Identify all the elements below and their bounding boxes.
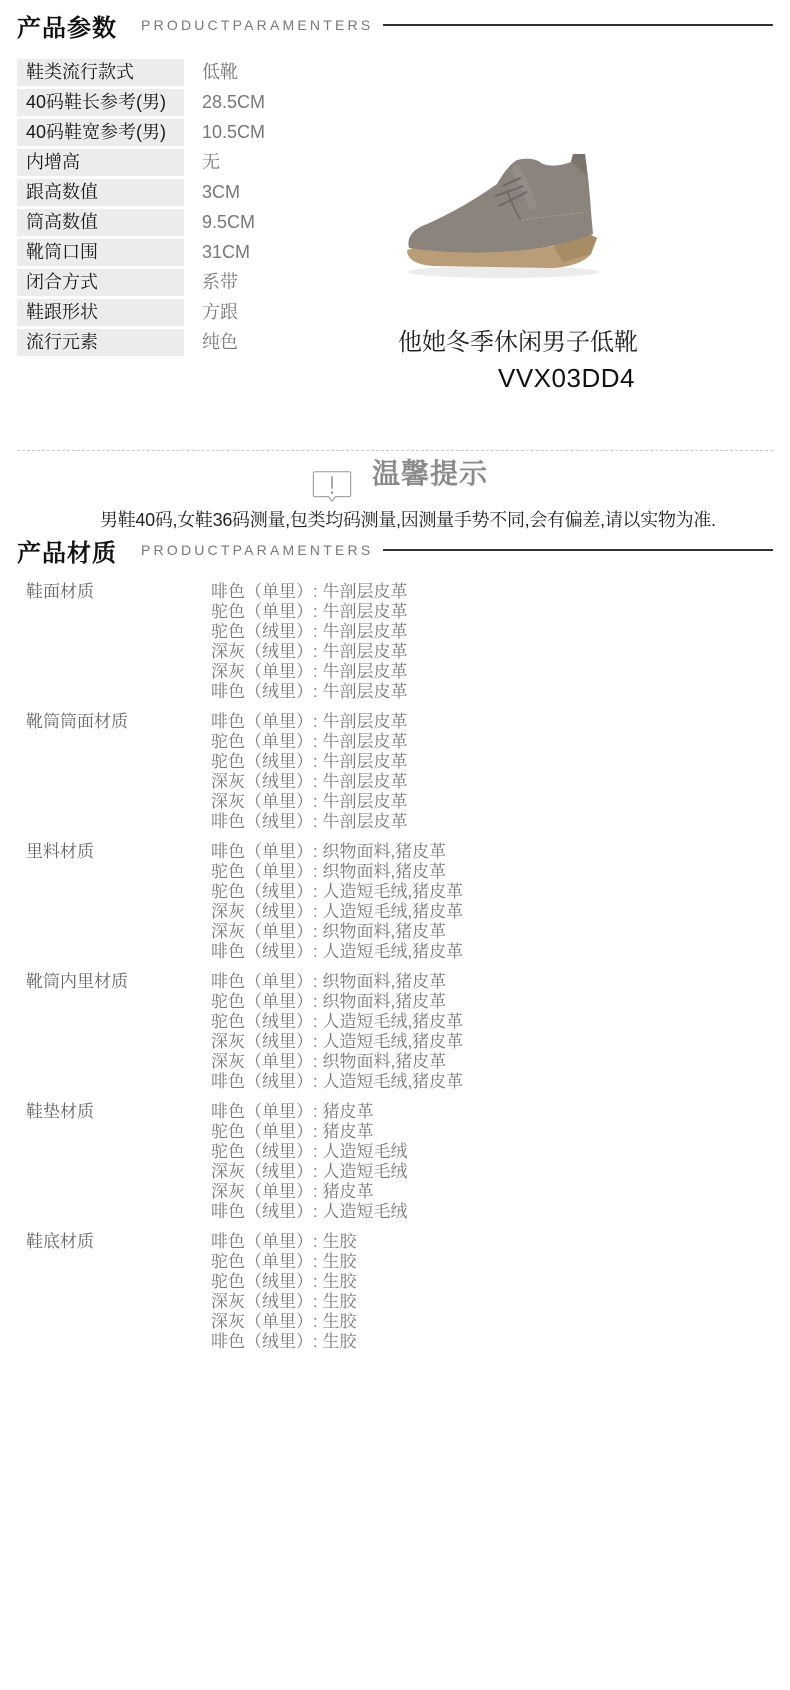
- param-row: 靴筒口围 31CM: [17, 239, 347, 266]
- dashed-divider: [17, 450, 773, 451]
- material-group: 里料材质 啡色（单里）: 织物面料,猪皮革 驼色（单里）: 织物面料,猪皮革 驼…: [0, 842, 790, 962]
- material-line: 驼色（单里）: 猪皮革: [211, 1122, 407, 1142]
- param-row: 流行元素 纯色: [17, 329, 347, 356]
- param-row: 内增高 无: [17, 149, 347, 176]
- material-line: 啡色（绒里）: 人造短毛绒,猪皮革: [211, 942, 463, 962]
- params-table: 鞋类流行款式 低靴 40码鞋长参考(男) 28.5CM 40码鞋宽参考(男) 1…: [17, 59, 347, 359]
- section-title: 产品材质: [17, 533, 117, 568]
- product-code: VVX03DD4: [498, 363, 635, 394]
- material-group: 鞋面材质 啡色（单里）: 牛剖层皮革 驼色（单里）: 牛剖层皮革 驼色（绒里）:…: [0, 582, 790, 702]
- material-line: 深灰（绒里）: 人造短毛绒,猪皮革: [211, 1032, 463, 1052]
- param-label: 靴筒口围: [17, 239, 184, 266]
- material-line: 驼色（绒里）: 人造短毛绒: [211, 1142, 407, 1162]
- param-label: 筒高数值: [17, 209, 184, 236]
- material-line: 深灰（单里）: 猪皮革: [211, 1182, 407, 1202]
- material-line: 深灰（绒里）: 人造短毛绒,猪皮革: [211, 902, 463, 922]
- param-row: 筒高数值 9.5CM: [17, 209, 347, 236]
- material-line: 驼色（单里）: 牛剖层皮革: [211, 602, 407, 622]
- section-subtitle: PRODUCTPARAMENTERS: [141, 17, 373, 33]
- param-value: 9.5CM: [202, 209, 255, 236]
- materials-list: 鞋面材质 啡色（单里）: 牛剖层皮革 驼色（单里）: 牛剖层皮革 驼色（绒里）:…: [0, 582, 790, 1362]
- param-value: 28.5CM: [202, 89, 265, 116]
- param-row: 40码鞋长参考(男) 28.5CM: [17, 89, 347, 116]
- product-name: 他她冬季休闲男子低靴: [398, 322, 638, 357]
- param-row: 鞋类流行款式 低靴: [17, 59, 347, 86]
- material-line: 驼色（单里）: 织物面料,猪皮革: [211, 862, 463, 882]
- material-line: 深灰（单里）: 牛剖层皮革: [211, 792, 407, 812]
- material-line: 啡色（单里）: 织物面料,猪皮革: [211, 972, 463, 992]
- section-divider: [383, 24, 773, 26]
- exclamation-speech-bubble-icon: [310, 470, 354, 502]
- material-label: 鞋垫材质: [0, 1102, 211, 1222]
- param-value: 方跟: [202, 299, 238, 326]
- material-line: 啡色（单里）: 牛剖层皮革: [211, 582, 407, 602]
- param-label: 跟高数值: [17, 179, 184, 206]
- material-line: 深灰（绒里）: 生胶: [211, 1292, 356, 1312]
- material-group: 靴筒筒面材质 啡色（单里）: 牛剖层皮革 驼色（单里）: 牛剖层皮革 驼色（绒里…: [0, 712, 790, 832]
- param-label: 鞋类流行款式: [17, 59, 184, 86]
- material-line: 啡色（绒里）: 牛剖层皮革: [211, 812, 407, 832]
- material-line: 深灰（单里）: 牛剖层皮革: [211, 662, 407, 682]
- param-value: 低靴: [202, 59, 238, 86]
- material-group: 鞋垫材质 啡色（单里）: 猪皮革 驼色（单里）: 猪皮革 驼色（绒里）: 人造短…: [0, 1102, 790, 1222]
- param-label: 40码鞋长参考(男): [17, 89, 184, 116]
- param-label: 40码鞋宽参考(男): [17, 119, 184, 146]
- param-row: 鞋跟形状 方跟: [17, 299, 347, 326]
- material-line: 深灰（单里）: 织物面料,猪皮革: [211, 1052, 463, 1072]
- material-line: 啡色（单里）: 生胶: [211, 1232, 356, 1252]
- material-group: 靴筒内里材质 啡色（单里）: 织物面料,猪皮革 驼色（单里）: 织物面料,猪皮革…: [0, 972, 790, 1092]
- material-line: 驼色（单里）: 织物面料,猪皮革: [211, 992, 463, 1012]
- material-label: 鞋面材质: [0, 582, 211, 702]
- material-label: 靴筒筒面材质: [0, 712, 211, 832]
- material-line: 啡色（单里）: 牛剖层皮革: [211, 712, 407, 732]
- material-group: 鞋底材质 啡色（单里）: 生胶 驼色（单里）: 生胶 驼色（绒里）: 生胶 深灰…: [0, 1232, 790, 1352]
- section-header-materials: 产品材质 PRODUCTPARAMENTERS: [17, 533, 773, 567]
- param-row: 40码鞋宽参考(男) 10.5CM: [17, 119, 347, 146]
- tip-title: 温馨提示: [372, 452, 488, 492]
- param-row: 闭合方式 系带: [17, 269, 347, 296]
- material-line: 深灰（绒里）: 牛剖层皮革: [211, 772, 407, 792]
- material-line: 啡色（绒里）: 人造短毛绒: [211, 1202, 407, 1222]
- param-label: 闭合方式: [17, 269, 184, 296]
- material-line: 啡色（单里）: 猪皮革: [211, 1102, 407, 1122]
- material-line: 啡色（绒里）: 人造短毛绒,猪皮革: [211, 1072, 463, 1092]
- material-line: 深灰（单里）: 生胶: [211, 1312, 356, 1332]
- param-value: 系带: [202, 269, 238, 296]
- material-line: 驼色（绒里）: 人造短毛绒,猪皮革: [211, 882, 463, 902]
- section-subtitle: PRODUCTPARAMENTERS: [141, 542, 373, 558]
- material-line: 深灰（绒里）: 人造短毛绒: [211, 1162, 407, 1182]
- material-line: 深灰（单里）: 织物面料,猪皮革: [211, 922, 463, 942]
- material-label: 靴筒内里材质: [0, 972, 211, 1092]
- param-value: 无: [202, 149, 220, 176]
- section-header-params: 产品参数 PRODUCTPARAMENTERS: [17, 8, 773, 42]
- material-line: 驼色（绒里）: 牛剖层皮革: [211, 752, 407, 772]
- section-divider: [383, 549, 773, 551]
- section-title: 产品参数: [17, 8, 117, 43]
- material-line: 啡色（绒里）: 牛剖层皮革: [211, 682, 407, 702]
- material-line: 驼色（绒里）: 生胶: [211, 1272, 356, 1292]
- material-line: 啡色（单里）: 织物面料,猪皮革: [211, 842, 463, 862]
- product-image: [403, 150, 613, 290]
- param-value: 31CM: [202, 239, 250, 266]
- param-value: 3CM: [202, 179, 240, 206]
- material-label: 鞋底材质: [0, 1232, 211, 1352]
- param-value: 10.5CM: [202, 119, 265, 146]
- param-label: 流行元素: [17, 329, 184, 356]
- tip-text: 男鞋40码,女鞋36码测量,包类均码测量,因测量手势不同,会有偏差,请以实物为准…: [100, 506, 716, 532]
- material-line: 深灰（绒里）: 牛剖层皮革: [211, 642, 407, 662]
- material-line: 驼色（单里）: 生胶: [211, 1252, 356, 1272]
- material-line: 驼色（绒里）: 人造短毛绒,猪皮革: [211, 1012, 463, 1032]
- param-value: 纯色: [202, 329, 238, 356]
- material-line: 驼色（绒里）: 牛剖层皮革: [211, 622, 407, 642]
- param-label: 内增高: [17, 149, 184, 176]
- param-row: 跟高数值 3CM: [17, 179, 347, 206]
- param-label: 鞋跟形状: [17, 299, 184, 326]
- material-line: 驼色（单里）: 牛剖层皮革: [211, 732, 407, 752]
- material-label: 里料材质: [0, 842, 211, 962]
- material-line: 啡色（绒里）: 生胶: [211, 1332, 356, 1352]
